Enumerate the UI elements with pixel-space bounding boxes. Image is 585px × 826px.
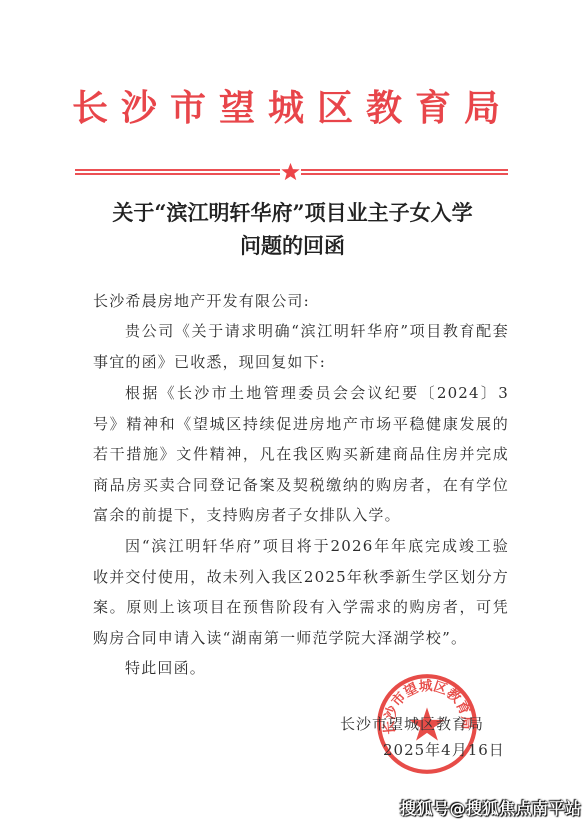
star-icon [280, 162, 301, 182]
watermark: 搜狐号@搜狐焦点南平站 [400, 796, 582, 819]
document-title: 关于“滨江明轩华府”项目业主子女入学 问题的回函 [0, 196, 585, 262]
paragraph-3: 因“滨江明轩华府”项目将于2026年年底完成竣工验收并交付使用，故未列入我区20… [93, 531, 509, 653]
letterhead-rule-left [75, 169, 280, 175]
letterhead-title: 长沙市望城区教育局 [0, 80, 585, 131]
paragraph-2: 根据《长沙市土地管理委员会会议纪要〔2024〕3号》精神和《望城区持续促进房地产… [93, 378, 509, 531]
salutation: 长沙希晨房地产开发有限公司: [93, 286, 509, 317]
signature-organization: 长沙市望城区教育局 [340, 713, 484, 734]
document-title-line1: 关于“滨江明轩华府”项目业主子女入学 [0, 196, 585, 229]
signature-date: 2025年4月16日 [383, 739, 505, 760]
letterhead-rule-right [301, 169, 508, 175]
document-title-line2: 问题的回函 [0, 229, 585, 262]
paragraph-1: 贵公司《关于请求明确“滨江明轩华府”项目教育配套事宜的函》已收悉，现回复如下: [93, 316, 509, 377]
